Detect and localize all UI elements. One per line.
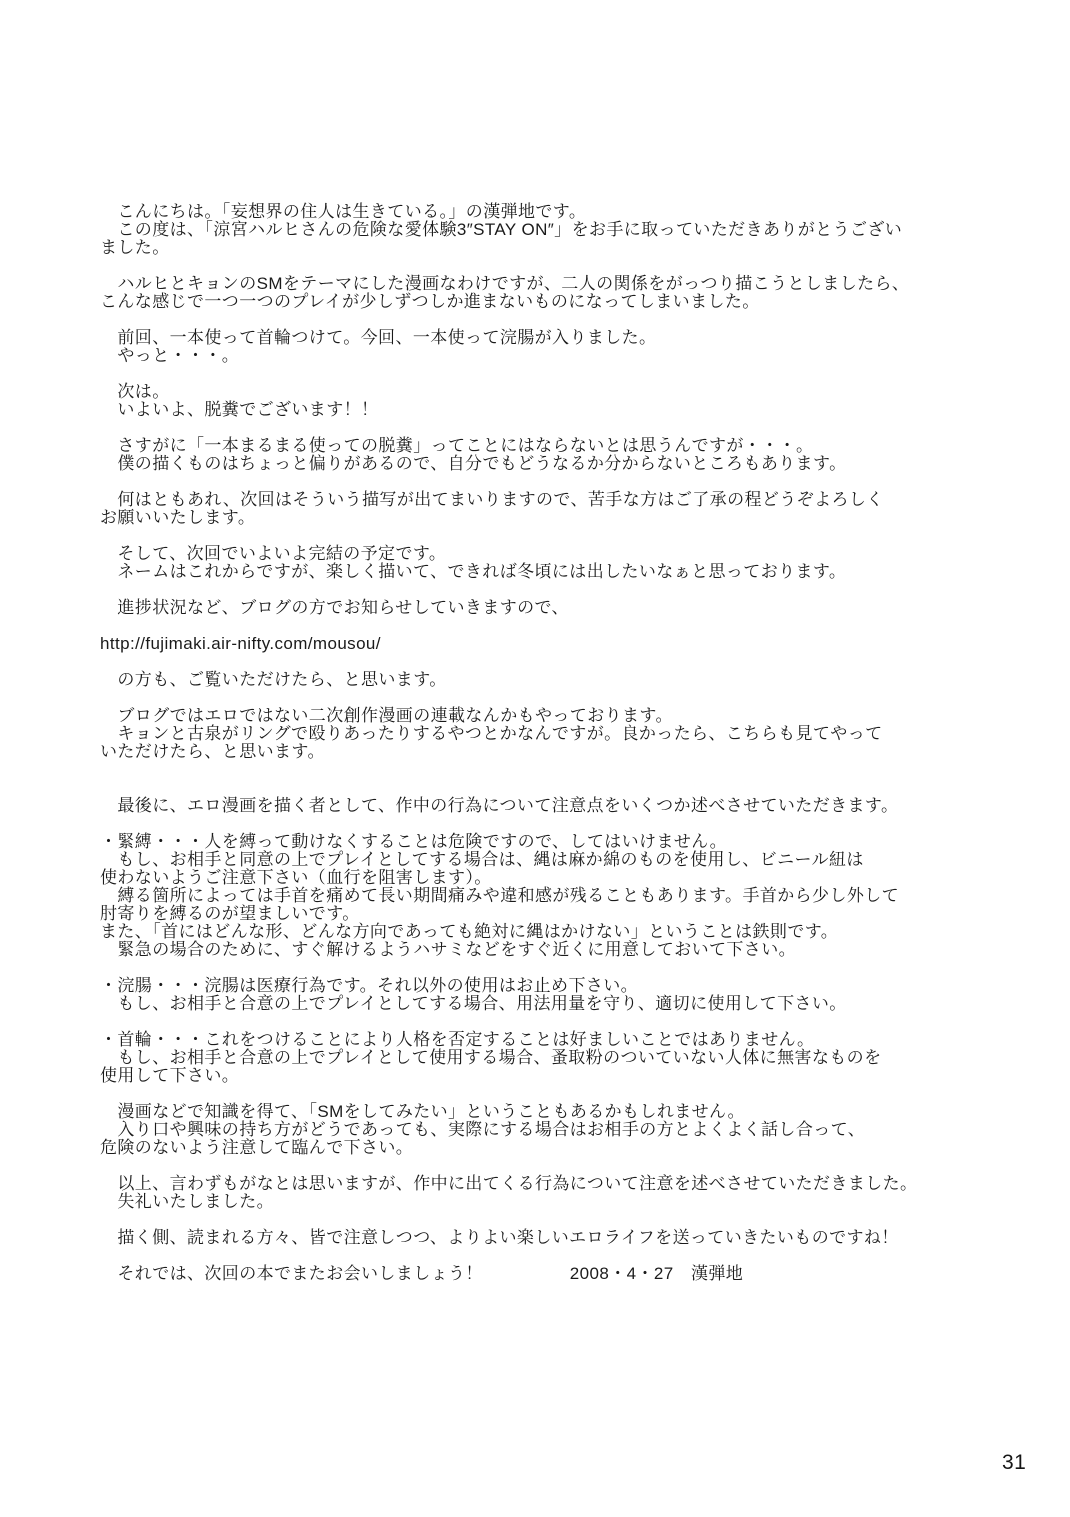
- scanned-afterword-page: こんにちは。「妄想界の住人は生きている。」の漢弾地です。 この度は、「涼宮ハルヒ…: [0, 0, 1070, 1517]
- blank-line: [100, 959, 990, 977]
- text-line: ・首輪・・・これをつけることにより人格を否定することは好ましいことではありません…: [100, 1031, 990, 1049]
- text-line: いよいよ、脱糞でございます！！: [100, 401, 990, 419]
- text-line: 緊急の場合のために、すぐ解けるようハサミなどをすぐ近くに用意しておいて下さい。: [100, 941, 990, 959]
- blank-line: [100, 1211, 990, 1229]
- text-line: 以上、言わずもがなとは思いますが、作中に出てくる行為について注意を述べさせていた…: [100, 1175, 990, 1193]
- afterword-text-block: こんにちは。「妄想界の住人は生きている。」の漢弾地です。 この度は、「涼宮ハルヒ…: [100, 203, 990, 1283]
- blank-line: [100, 527, 990, 545]
- text-line: 僕の描くものはちょっと偏りがあるので、自分でもどうなるか分からないところもありま…: [100, 455, 990, 473]
- text-line: 肘寄りを縛るのが望ましいです。: [100, 905, 990, 923]
- blank-line: [100, 311, 990, 329]
- text-line: の方も、ご覧いただけたら、と思います。: [100, 671, 990, 689]
- text-line: 何はともあれ、次回はそういう描写が出てまいりますので、苦手な方はご了承の程どうぞ…: [100, 491, 990, 509]
- text-line: 漫画などで知識を得て、「SMをしてみたい」ということもあるかもしれません。: [100, 1103, 990, 1121]
- text-line: ネームはこれからですが、楽しく描いて、できれば冬頃には出したいなぁと思っておりま…: [100, 563, 990, 581]
- text-line: ・浣腸・・・浣腸は医療行為です。それ以外の使用はお止め下さい。: [100, 977, 990, 995]
- text-line: 危険のないよう注意して臨んで下さい。: [100, 1139, 990, 1157]
- text-line: 入り口や興味の持ち方がどうであっても、実際にする場合はお相手の方とよくよく話し合…: [100, 1121, 990, 1139]
- text-line: この度は、「涼宮ハルヒさんの危険な愛体験3″STAY ON″」をお手に取っていた…: [100, 221, 990, 239]
- blank-line: [100, 815, 990, 833]
- blank-line: [100, 689, 990, 707]
- text-line: さすがに「一本まるまる使っての脱糞」ってことにはならないとは思うんですが・・・。: [100, 437, 990, 455]
- text-line: それでは、次回の本でまたお会いしましょう！ 2008・4・27 漢弾地: [100, 1265, 990, 1283]
- blank-line: [100, 1247, 990, 1265]
- text-line: 前回、一本使って首輪つけて。今回、一本使って浣腸が入りました。: [100, 329, 990, 347]
- blank-line: [100, 617, 990, 635]
- text-line: 次は。: [100, 383, 990, 401]
- text-line: 使用して下さい。: [100, 1067, 990, 1085]
- blank-line: [100, 779, 990, 797]
- blank-line: [100, 1013, 990, 1031]
- page-number: 31: [1002, 1451, 1026, 1475]
- blank-line: [100, 581, 990, 599]
- text-line: こんにちは。「妄想界の住人は生きている。」の漢弾地です。: [100, 203, 990, 221]
- text-line: 使わないようご注意下さい（血行を阻害します）。: [100, 869, 990, 887]
- text-line: ブログではエロではない二次創作漫画の連載なんかもやっております。: [100, 707, 990, 725]
- text-line: 失礼いたしました。: [100, 1193, 990, 1211]
- text-line: ました。: [100, 239, 990, 257]
- text-line: いただけたら、と思います。: [100, 743, 990, 761]
- text-line: ハルヒとキョンのSMをテーマにした漫画なわけですが、二人の関係をがっつり描こうと…: [100, 275, 990, 293]
- text-line: 最後に、エロ漫画を描く者として、作中の行為について注意点をいくつか述べさせていた…: [100, 797, 990, 815]
- text-line: もし、お相手と合意の上でプレイとして使用する場合、蚤取粉のついていない人体に無害…: [100, 1049, 990, 1067]
- blank-line: [100, 653, 990, 671]
- text-line: ・緊縛・・・人を縛って動けなくすることは危険ですので、してはいけません。: [100, 833, 990, 851]
- text-line: もし、お相手と同意の上でプレイとしてする場合は、縄は麻か綿のものを使用し、ビニー…: [100, 851, 990, 869]
- text-line: また、「首にはどんな形、どんな方向であっても絶対に縄はかけない」ということは鉄則…: [100, 923, 990, 941]
- blank-line: [100, 1085, 990, 1103]
- text-line: 進捗状況など、ブログの方でお知らせしていきますので、: [100, 599, 990, 617]
- text-line: もし、お相手と合意の上でプレイとしてする場合、用法用量を守り、適切に使用して下さ…: [100, 995, 990, 1013]
- blank-line: [100, 473, 990, 491]
- text-line: キョンと古泉がリングで殴りあったりするやつとかなんですが。良かったら、こちらも見…: [100, 725, 990, 743]
- text-line: そして、次回でいよいよ完結の予定です。: [100, 545, 990, 563]
- text-line: 縛る箇所によっては手首を痛めて長い期間痛みや違和感が残ることもあります。手首から…: [100, 887, 990, 905]
- blank-line: [100, 257, 990, 275]
- text-line: お願いいたします。: [100, 509, 990, 527]
- blank-line: [100, 1157, 990, 1175]
- text-line: 描く側、読まれる方々、皆で注意しつつ、よりよい楽しいエロライフを送っていきたいも…: [100, 1229, 990, 1247]
- text-line: やっと・・・。: [100, 347, 990, 365]
- text-line: http://fujimaki.air-nifty.com/mousou/: [100, 635, 990, 653]
- text-line: こんな感じで一つ一つのプレイが少しずつしか進まないものになってしまいました。: [100, 293, 990, 311]
- blank-line: [100, 365, 990, 383]
- blank-line: [100, 761, 990, 779]
- blank-line: [100, 419, 990, 437]
